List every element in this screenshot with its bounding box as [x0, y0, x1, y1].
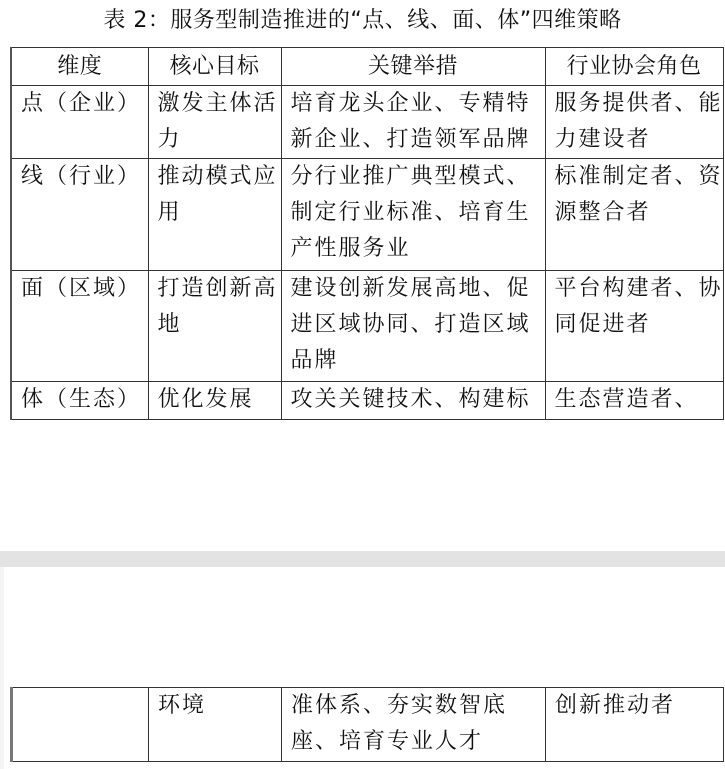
cell-dimension: 面（区域）: [11, 271, 148, 382]
header-measures: 关键举措: [281, 48, 545, 86]
header-dimension: 维度: [11, 48, 148, 86]
cell-dimension: 体（生态）: [11, 382, 148, 420]
table-row: 点（企业） 激发主体活力 培育龙头企业、专精特新企业、打造领军品牌 服务提供者、…: [11, 86, 723, 159]
cell-measures: 建设创新发展高地、促进区域协同、打造区域品牌: [281, 271, 545, 382]
cell-goal: 优化发展: [148, 382, 281, 420]
cell-measures: 准体系、夯实数智底座、培育专业人才: [282, 688, 546, 762]
header-role: 行业协会角色: [545, 48, 723, 86]
cell-goal: 激发主体活力: [148, 86, 281, 159]
table-row: 面（区域） 打造创新高地 建设创新发展高地、促进区域协同、打造区域品牌 平台构建…: [11, 271, 723, 382]
cell-role: 生态营造者、: [545, 382, 723, 420]
table-header-row: 维度 核心目标 关键举措 行业协会角色: [11, 48, 723, 86]
cell-goal: 推动模式应用: [148, 159, 281, 271]
cell-role: 创新推动者: [546, 688, 724, 762]
cell-role: 平台构建者、协同促进者: [545, 271, 723, 382]
cell-goal: 打造创新高地: [148, 271, 281, 382]
table-row: 线（行业） 推动模式应用 分行业推广典型模式、制定行业标准、培育生产性服务业 标…: [11, 159, 723, 271]
header-goal: 核心目标: [148, 48, 281, 86]
cell-measures: 攻关关键技术、构建标: [281, 382, 545, 420]
cell-role: 标准制定者、资源整合者: [545, 159, 723, 271]
cell-goal: 环境: [149, 688, 282, 762]
page-bottom: 环境 准体系、夯实数智底座、培育专业人才 创新推动者: [0, 567, 725, 769]
strategy-table: 维度 核心目标 关键举措 行业协会角色 点（企业） 激发主体活力 培育龙头企业、…: [10, 47, 724, 420]
table-row: 体（生态） 优化发展 攻关关键技术、构建标 生态营造者、: [11, 382, 723, 420]
cell-role: 服务提供者、能力建设者: [545, 86, 723, 159]
cell-dimension: 点（企业）: [11, 86, 148, 159]
page-edge: [0, 567, 4, 769]
cell-dimension: [12, 688, 149, 762]
page-break-separator: [0, 551, 725, 567]
cell-dimension: 线（行业）: [11, 159, 148, 271]
cell-measures: 分行业推广典型模式、制定行业标准、培育生产性服务业: [281, 159, 545, 271]
table-caption: 表 2：服务型制造推进的“点、线、面、体”四维策略: [0, 6, 725, 36]
cell-measures: 培育龙头企业、专精特新企业、打造领军品牌: [281, 86, 545, 159]
page-top: 表 2：服务型制造推进的“点、线、面、体”四维策略 维度 核心目标 关键举措 行…: [0, 0, 725, 551]
table-row: 环境 准体系、夯实数智底座、培育专业人才 创新推动者: [12, 688, 724, 762]
strategy-table-continued: 环境 准体系、夯实数智底座、培育专业人才 创新推动者: [10, 687, 724, 762]
